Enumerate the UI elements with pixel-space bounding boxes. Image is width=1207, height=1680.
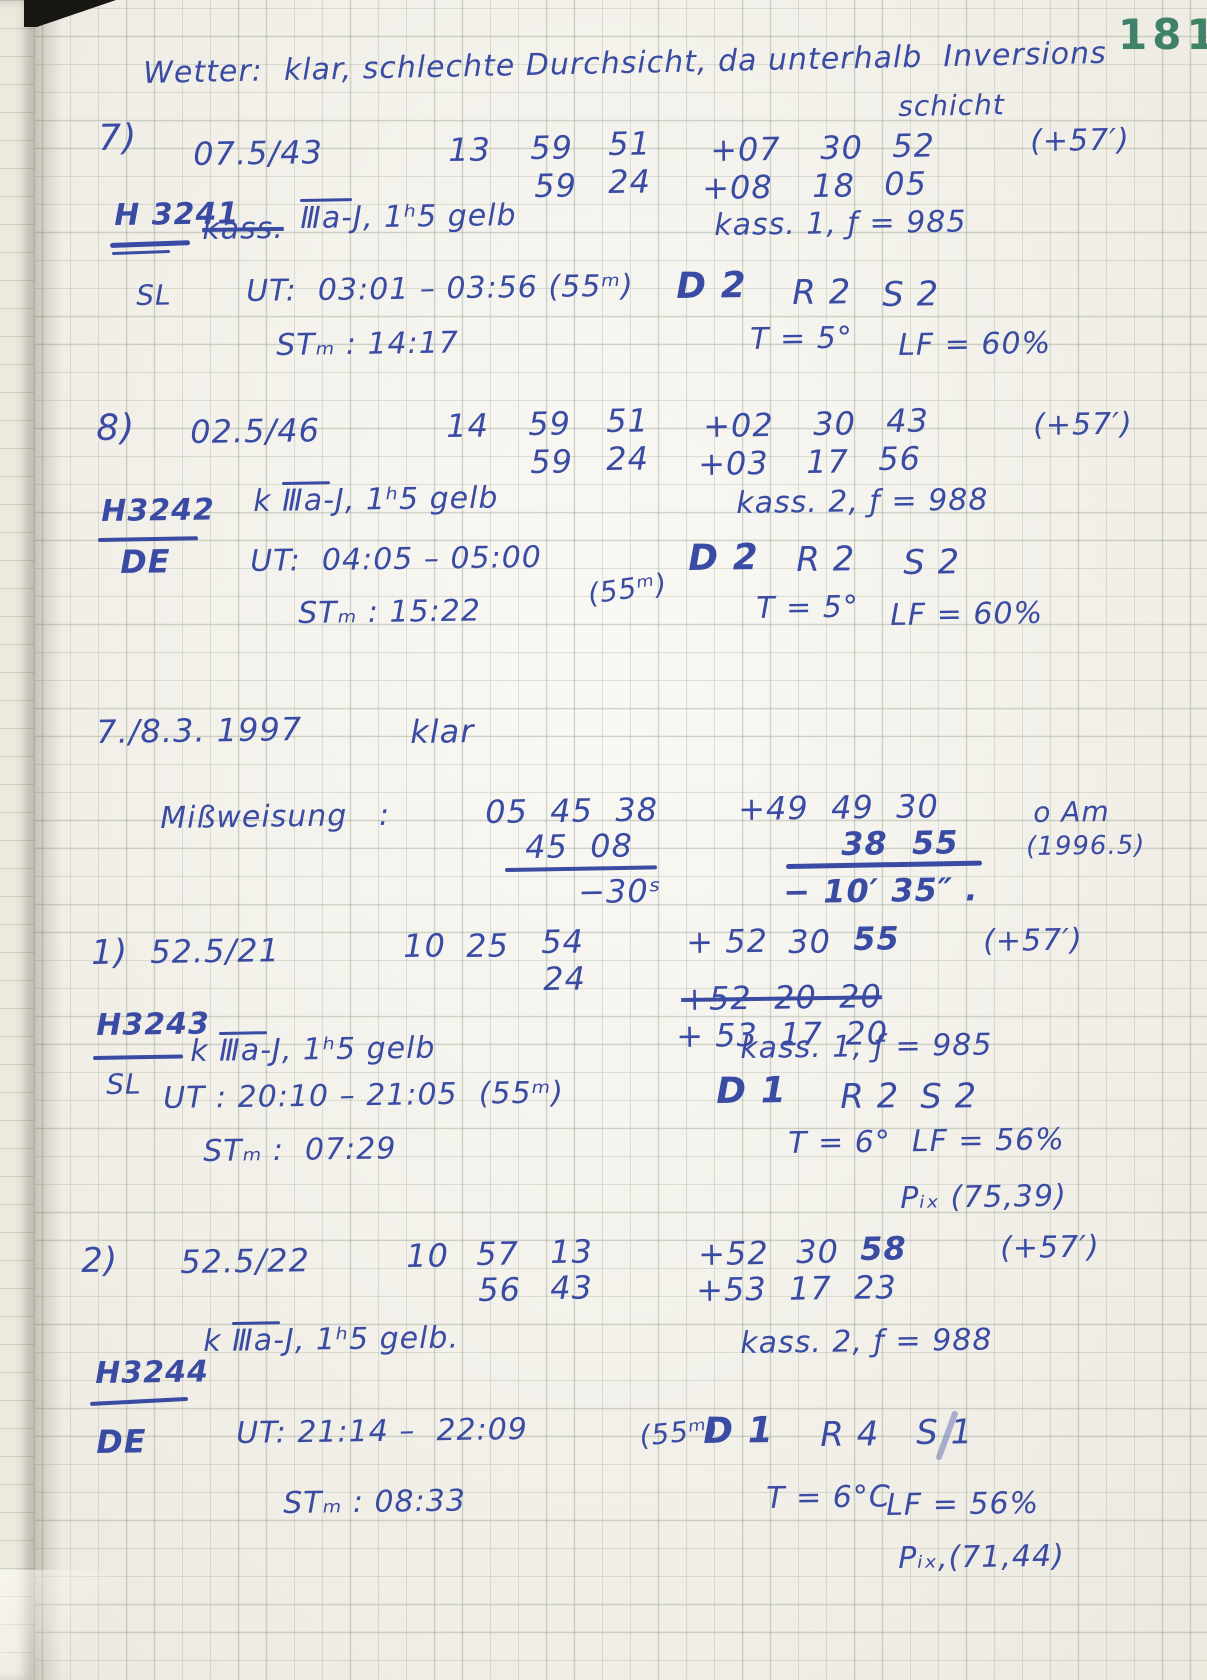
entry8-humidity: LF = 60% [890,598,1043,632]
entry7-dec-min: 30 [820,131,863,165]
notebook-photo: 181 Wetter: klar, schlechte Durchsicht, … [0,0,1207,1680]
entry7-humidity: LF = 60% [898,328,1051,362]
entry2-observer: DE [96,1425,147,1459]
misweisung-ra-result: −30ˢ [578,875,662,910]
entry7-dec-deg: +07 [710,133,781,168]
entry8-cassette: kass. 2, ƒ = 988 [736,484,989,519]
entry7-ra2-m: 59 [534,169,577,203]
entry8-ra-m: 59 [528,407,571,441]
binding-fold-shadow [34,0,62,1680]
entry7-film: Ⅲa-J, 1ʰ5 gelb [300,200,517,235]
entry1-ra-h: 10 [403,929,446,963]
entry2-ra-m: 57 [476,1237,519,1271]
entry1-epoch-corr: (+57′) [983,925,1083,958]
entry2-number: 2) [81,1243,118,1279]
entry7-sidereal-time: STₘ : 14:17 [276,327,459,361]
entry7-d-rating: D 2 [676,267,747,306]
entry8-object-id: 02.5/46 [190,414,320,449]
entry8-temperature: T = 5° [756,592,859,625]
entry7-epoch-corr: (+57′) [1030,125,1130,158]
entry8-number: 8) [96,409,135,447]
page-bottom-curl [0,1570,150,1680]
entry2-r-rating: R 4 [820,1417,880,1454]
entry8-observer: DE [120,545,171,579]
entry1-dec-sec: 55 [853,922,900,956]
entry2-object-id: 52.5/22 [180,1244,310,1279]
entry2-epoch-corr: (+57′) [1000,1232,1100,1265]
misweisung-ra-row2: 45 08 [525,829,633,864]
entry1-s-rating: S 2 [920,1079,978,1115]
misweisung-ra-row1: 05 45 38 [485,794,658,830]
entry2-dec2: +53 17 23 [696,1271,897,1307]
entry2-pixel-note: Pᵢₓ,(71,44) [898,1541,1065,1575]
entry7-ra-m: 59 [530,131,573,165]
entry8-plate-id: H3242 [101,494,215,527]
entry7-dec-sec: 52 [892,129,935,163]
misweisung-label: Mißweisung : [160,800,390,835]
entry7-s-rating: S 2 [882,277,940,313]
entry7-number: 7) [98,119,137,157]
entry7-temperature: T = 5° [750,323,853,356]
entry2-sidereal-time: STₘ : 08:33 [283,1485,466,1519]
entry2-ut: UT: 21:14 – 22:09 [236,1414,528,1450]
entry2-dec-min: 30 [796,1235,839,1269]
entry8-dec-sec: 43 [886,404,929,438]
entry1-number: 1) [91,935,128,971]
entry2-ra-s: 13 [550,1235,593,1269]
entry8-ra2-s: 24 [606,442,649,476]
entry8-film: k Ⅲa-J, 1ʰ5 gelb [253,483,499,518]
weather-note-line2: schicht [898,90,1005,121]
entry8-ra-h: 14 [446,409,489,443]
page-number: 181 [1118,10,1207,59]
session-weather: klar [410,715,475,749]
entry2-ra2-s: 43 [550,1271,593,1305]
entry7-cassette: kass. 1, ƒ = 985 [714,206,967,241]
entry8-ra-s: 51 [606,404,649,438]
entry8-r-rating: R 2 [796,542,856,579]
entry2-d-rating: D 1 [703,1412,774,1451]
entry8-ra2-m: 59 [530,445,573,479]
entry2-dec-sec: 58 [860,1232,907,1266]
entry8-d-rating: D 2 [688,539,759,578]
entry7-ut: UT: 03:01 – 03:56 (55ᵐ) [246,271,634,308]
misweisung-dec-row1: +49 49 30 [738,790,939,826]
entry1-ra2-s: 24 [543,962,586,996]
entry1-observer: SL [106,1070,142,1100]
entry2-cassette: kass. 2, ƒ = 988 [740,1324,993,1359]
entry1-dec-min: 30 [788,925,831,959]
entry8-epoch-corr: (+57′) [1033,409,1133,442]
entry7-ra-s: 51 [608,127,651,161]
entry1-cassette: kass. 1, ƒ = 985 [740,1029,993,1064]
entry1-film: k Ⅲa-J, 1ʰ5 gelb [190,1033,436,1068]
entry2-temperature: T = 6°C [766,1481,891,1514]
entry1-pixel-note: Pᵢₓ (75,39) [900,1181,1067,1215]
entry1-dec-deg: + 52 [686,925,768,960]
misweisung-dec-row2: 38 55 [841,826,959,861]
previous-page-edge [0,0,35,1680]
entry8-dec2-min: 17 [806,445,849,479]
entry8-dec2-deg: +03 [698,447,769,482]
entry1-sidereal-time: STₘ : 07:29 [203,1133,397,1167]
session-date: 7./8.3. 1997 [96,713,302,749]
entry2-plate-id: H3244 [95,1356,209,1389]
entry8-dec2-sec: 56 [878,442,921,476]
entry1-temp-humidity: T = 6° LF = 56% [788,1124,1065,1159]
entry2-dec-deg: +52 [698,1237,769,1272]
entry1-dec-struck: +52 20 20 [681,980,882,1016]
entry1-ut: UT : 20:10 – 21:05 (55ᵐ) [163,1077,564,1114]
entry2-ra-h: 10 [406,1239,449,1273]
entry7-dec2-deg: +08 [702,171,773,206]
entry7-dec2-min: 18 [812,169,855,203]
entry1-r-rating: R 2 [840,1079,900,1116]
entry7-ra2-s: 24 [608,165,651,199]
entry2-ra2-m: 56 [478,1273,521,1307]
entry8-sidereal-time: STₘ : 15:22 [298,595,481,629]
entry7-object-id: 07.5/43 [193,136,323,171]
entry1-object-id: 52.5/21 [150,934,280,969]
entry7-observer: SL [136,281,172,311]
entry2-film: k Ⅲa-J, 1ʰ5 gelb. [203,1322,459,1357]
misweisung-dec-result: − 10′ 35″ . [783,873,979,909]
entry7-struck-word: kass. [202,213,284,246]
entry7-r-rating: R 2 [792,275,852,312]
entry8-ut: UT: 04:05 – 05:00 [250,542,542,578]
entry1-ra-s: 54 [541,925,584,959]
entry8-s-rating: S 2 [903,545,961,581]
misweisung-epoch: (1996.5) [1026,832,1146,861]
entry7-dec2-sec: 05 [884,167,927,201]
entry1-ra-m: 25 [466,929,509,963]
entry1-d-rating: D 1 [716,1072,787,1111]
entry2-humidity: LF = 56% [886,1488,1039,1522]
entry8-dec-deg: +02 [703,409,774,444]
entry7-ra-h: 13 [448,133,491,167]
entry8-dec-min: 30 [813,407,856,441]
misweisung-star: o Am [1033,797,1110,827]
